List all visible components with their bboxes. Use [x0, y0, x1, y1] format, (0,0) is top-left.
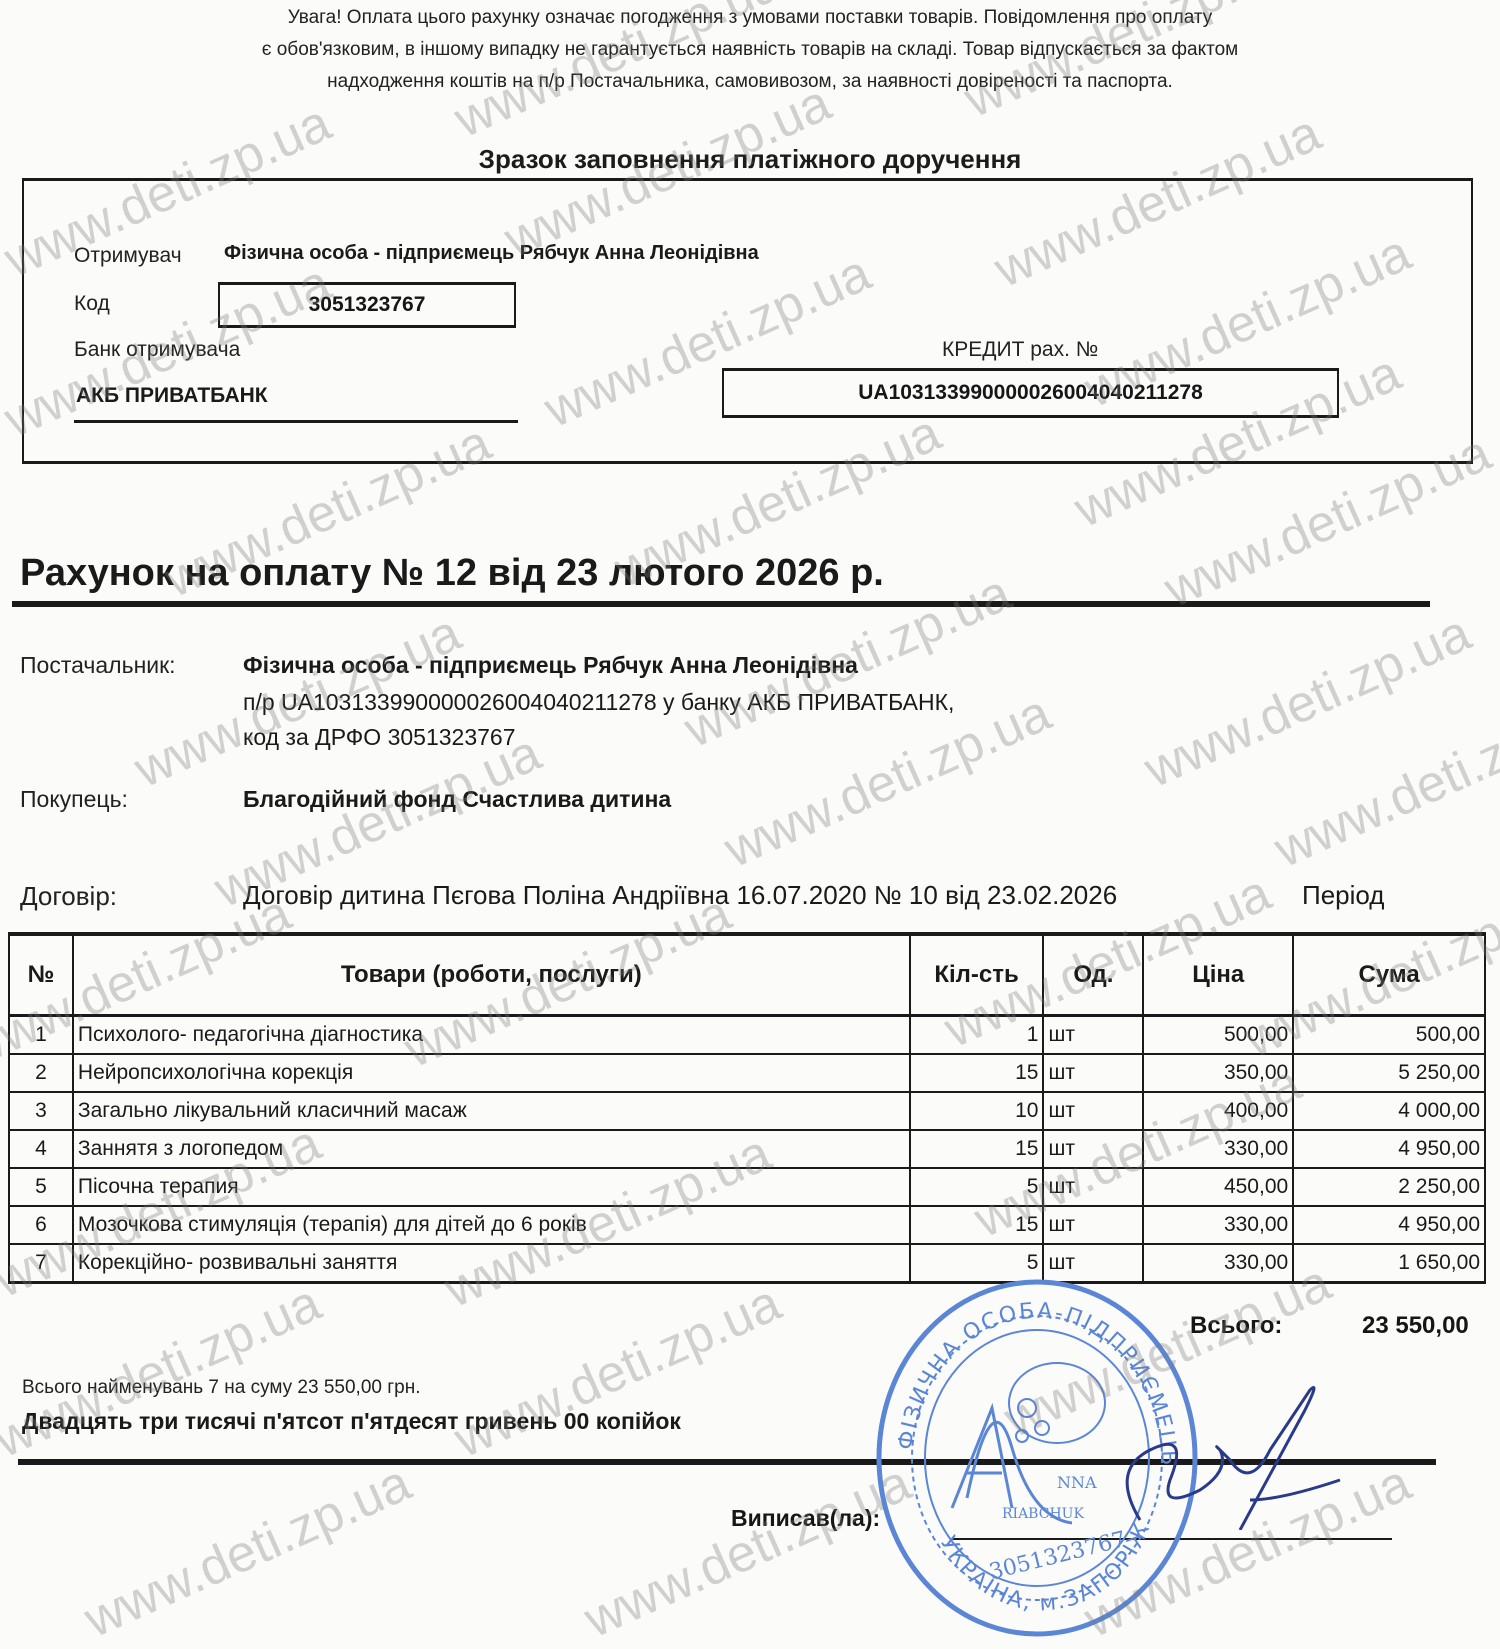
items-table: № Товари (роботи, послуги) Кіл-сть Од. Ц…: [8, 932, 1486, 1284]
row-price: 330,00: [1143, 1130, 1293, 1168]
recipient-label: Отримувач: [74, 244, 182, 268]
summary-line: Всього найменувань 7 на суму 23 550,00 г…: [22, 1377, 421, 1399]
notice-line: надходження коштів на п/р Постачальника,…: [60, 66, 1440, 98]
contract-value: Договір дитина Пєгова Поліна Андріївна 1…: [243, 880, 1117, 911]
row-item-name: Корекційно- розвивальні заняття: [73, 1244, 910, 1283]
period-label: Період: [1302, 880, 1384, 911]
column-header-unit: Од.: [1043, 934, 1143, 1016]
column-header-goods: Товари (роботи, послуги): [73, 934, 910, 1016]
signature-icon: [1080, 1380, 1380, 1530]
row-price: 330,00: [1143, 1206, 1293, 1244]
row-item-name: Пісочна терапия: [73, 1168, 910, 1206]
table-row: 2Нейропсихологічна корекція15шт350,005 2…: [9, 1054, 1485, 1092]
recipient-value: Фізична особа - підприємець Рябчук Анна …: [224, 242, 759, 265]
row-unit: шт: [1043, 1130, 1143, 1168]
buyer-label: Покупець:: [20, 786, 128, 813]
row-sum: 4 950,00: [1293, 1130, 1485, 1168]
row-item-name: Психолого- педагогічна діагностика: [73, 1016, 910, 1055]
table-row: 5Пісочна терапия5шт450,002 250,00: [9, 1168, 1485, 1206]
supplier-code: код за ДРФО 3051323767: [243, 724, 516, 751]
row-number: 4: [9, 1130, 73, 1168]
bank-label: Банк отримувача: [74, 338, 240, 362]
row-quantity: 15: [910, 1206, 1044, 1244]
row-quantity: 15: [910, 1130, 1044, 1168]
payment-notice: Увага! Оплата цього рахунку означає пого…: [60, 2, 1440, 98]
row-item-name: Заннятя з логопедом: [73, 1130, 910, 1168]
row-number: 2: [9, 1054, 73, 1092]
invoice-title: Рахунок на оплату № 12 від 23 лютого 202…: [20, 552, 884, 595]
column-header-sum: Сума: [1293, 934, 1485, 1016]
row-quantity: 5: [910, 1168, 1044, 1206]
column-header-quantity: Кіл-сть: [910, 934, 1044, 1016]
table-row: 3Загально лікувальний класичний масаж10ш…: [9, 1092, 1485, 1130]
payment-sample-title: Зразок заповнення платіжного доручення: [0, 144, 1500, 175]
watermark-text: www.deti.zp.ua: [1136, 603, 1480, 800]
row-price: 450,00: [1143, 1168, 1293, 1206]
row-quantity: 15: [910, 1054, 1044, 1092]
supplier-name: Фізична особа - підприємець Рябчук Анна …: [243, 652, 858, 679]
row-unit: шт: [1043, 1168, 1143, 1206]
row-unit: шт: [1043, 1206, 1143, 1244]
credit-label: КРЕДИТ рах. №: [942, 338, 1098, 362]
row-number: 1: [9, 1016, 73, 1055]
code-label: Код: [74, 292, 110, 316]
credit-account-value: UA103133990000026004040211278: [722, 368, 1339, 418]
column-header-number: №: [9, 934, 73, 1016]
row-quantity: 1: [910, 1016, 1044, 1055]
row-item-name: Загально лікувальний класичний масаж: [73, 1092, 910, 1130]
supplier-account: п/р UA103133990000026004040211278 у банк…: [243, 689, 954, 716]
column-header-price: Ціна: [1143, 934, 1293, 1016]
watermark-text: www.deti.zp.ua: [576, 1453, 920, 1649]
row-price: 400,00: [1143, 1092, 1293, 1130]
watermark-text: www.deti.zp.ua: [446, 1273, 790, 1470]
buyer-name: Благодійний фонд Счастлива дитина: [243, 786, 671, 813]
amount-in-words: Двадцять три тисячі п'ятсот п'ятдесят гр…: [22, 1408, 681, 1435]
row-sum: 4 000,00: [1293, 1092, 1485, 1130]
issued-by-label: Виписав(ла):: [731, 1505, 880, 1532]
row-price: 500,00: [1143, 1016, 1293, 1055]
table-row: 4Заннятя з логопедом15шт330,004 950,00: [9, 1130, 1485, 1168]
title-divider: [12, 601, 1430, 607]
row-unit: шт: [1043, 1092, 1143, 1130]
bank-value: АКБ ПРИВАТБАНК: [76, 384, 268, 408]
row-sum: 2 250,00: [1293, 1168, 1485, 1206]
notice-line: є обов'язковим, в іншому випадку не гара…: [60, 34, 1440, 66]
row-sum: 500,00: [1293, 1016, 1485, 1055]
notice-line: Увага! Оплата цього рахунку означає пого…: [60, 2, 1440, 34]
row-number: 5: [9, 1168, 73, 1206]
watermark-text: www.deti.zp.ua: [1266, 683, 1500, 880]
row-sum: 5 250,00: [1293, 1054, 1485, 1092]
total-label: Всього:: [1190, 1312, 1282, 1340]
row-number: 7: [9, 1244, 73, 1283]
watermark-text: www.deti.zp.ua: [0, 1273, 329, 1470]
table-header-row: № Товари (роботи, послуги) Кіл-сть Од. Ц…: [9, 934, 1485, 1016]
row-number: 3: [9, 1092, 73, 1130]
watermark-text: www.deti.zp.ua: [76, 1453, 420, 1649]
row-unit: шт: [1043, 1054, 1143, 1092]
supplier-label: Постачальник:: [20, 652, 176, 679]
row-number: 6: [9, 1206, 73, 1244]
row-item-name: Нейропсихологічна корекція: [73, 1054, 910, 1092]
row-sum: 1 650,00: [1293, 1244, 1485, 1283]
code-value: 3051323767: [218, 282, 516, 328]
contract-label: Договір:: [20, 881, 117, 912]
table-row: 7Корекційно- розвивальні заняття5шт330,0…: [9, 1244, 1485, 1283]
table-row: 6Мозочкова стимуляція (терапія) для діте…: [9, 1206, 1485, 1244]
row-item-name: Мозочкова стимуляція (терапія) для дітей…: [73, 1206, 910, 1244]
total-value: 23 550,00: [1362, 1312, 1469, 1340]
svg-text:RIABCHUK: RIABCHUK: [1002, 1506, 1084, 1522]
row-quantity: 10: [910, 1092, 1044, 1130]
row-price: 350,00: [1143, 1054, 1293, 1092]
row-unit: шт: [1043, 1016, 1143, 1055]
row-sum: 4 950,00: [1293, 1206, 1485, 1244]
table-row: 1Психолого- педагогічна діагностика1шт50…: [9, 1016, 1485, 1055]
bank-underline: [74, 420, 518, 423]
